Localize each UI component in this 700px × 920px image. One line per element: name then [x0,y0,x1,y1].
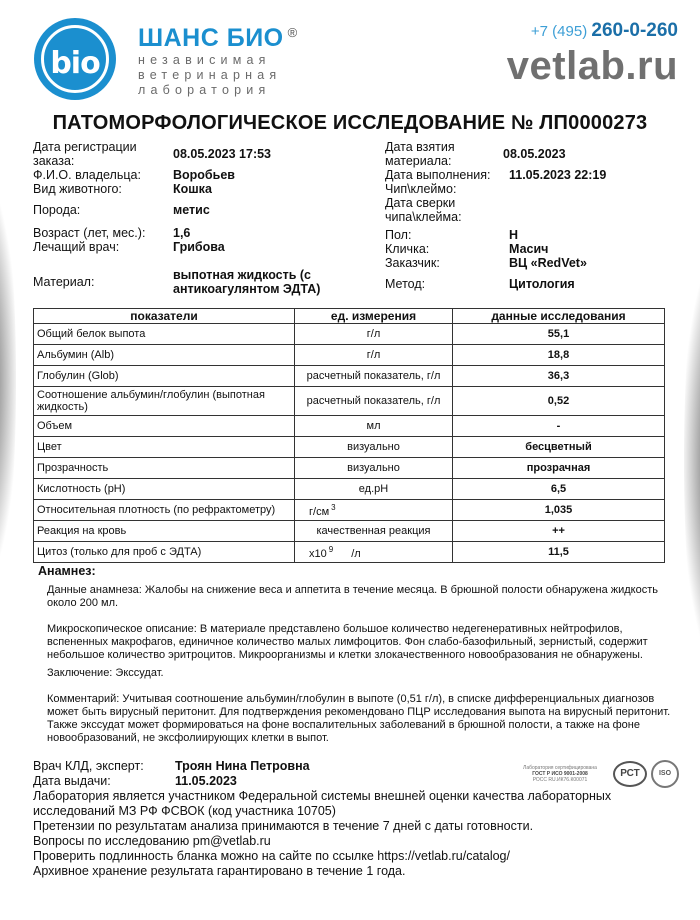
brand-tagline-3: лаборатория [138,83,298,98]
expert-row: Врач КЛД, эксперт:Троян Нина Петровна [33,759,653,774]
table-row: Объеммл- [34,416,665,437]
anamnesis-history: Данные анамнеза: Жалобы на снижение веса… [47,584,677,610]
brand-block: ШАНС БИО® независимая ветеринарная лабор… [138,24,298,98]
col-header-parameter: показатели [34,309,295,324]
col-header-result: данные исследования [453,309,665,324]
brand-tagline-1: независимая [138,53,298,68]
iso-mark-icon: ISO [651,760,679,788]
col-header-unit: ед. измерения [295,309,453,324]
info-doctor: Лечащий врач:Грибова [33,240,363,268]
conclusion: Заключение: Экссудат. [47,667,677,680]
contact-block: +7 (495) 260-0-260 vetlab.ru [507,20,678,88]
table-row: Кислотность (pH)ед.pH6,5 [34,479,665,500]
info-material: Материал:выпотная жидкость (с антикоагул… [33,268,363,296]
microscopy-description: Микроскопическое описание: В материале п… [47,623,677,662]
bio-logo-icon: bio [34,18,116,100]
info-chip-check-date: Дата сверки чипа\клейма: [385,196,685,228]
table-row: Альбумин (Alb)г/л18,8 [34,345,665,366]
page-curl-shadow-left [0,170,16,590]
phone-number[interactable]: +7 (495) 260-0-260 [507,20,678,42]
patient-info-right: Дата взятия материала:08.05.2023 Дата вы… [385,140,685,291]
comment: Комментарий: Учитывая соотношение альбум… [47,693,677,745]
table-row: Относительная плотность (по рефрактометр… [34,500,665,521]
table-row: Цветвизуальнобесцветный [34,437,665,458]
info-breed: Порода:метис [33,203,363,226]
report-title: ПАТОМОРФОЛОГИЧЕСКОЕ ИССЛЕДОВАНИЕ № ЛП000… [0,112,700,135]
results-table: показатели ед. измерения данные исследов… [33,308,665,563]
report-footer: Врач КЛД, эксперт:Троян Нина Петровна Да… [33,759,653,879]
info-customer: Заказчик:ВЦ «RedVet» [385,256,685,277]
info-owner: Ф.И.О. владельца:Воробьев [33,168,363,182]
info-sex: Пол:Н [385,228,685,242]
table-row: Прозрачностьвизуальнопрозрачная [34,458,665,479]
note-contact-email[interactable]: Вопросы по исследованию pm@vetlab.ru [33,834,653,849]
note-archive: Архивное хранение результата гарантирова… [33,864,653,879]
info-method: Метод:Цитология [385,277,685,291]
brand-name: ШАНС БИО® [138,24,298,53]
note-claims: Претензии по результатам анализа принима… [33,819,653,834]
note-verify-link[interactable]: Проверить подлинность бланка можно на са… [33,849,653,864]
brand-tagline-2: ветеринарная [138,68,298,83]
info-species: Вид животного:Кошка [33,182,363,203]
table-row: Реакция на кровькачественная реакция++ [34,521,665,542]
info-sampling-date: Дата взятия материала:08.05.2023 [385,140,685,168]
website-link[interactable]: vetlab.ru [507,44,678,88]
table-row: Глобулин (Glob)расчетный показатель, г/л… [34,366,665,387]
table-row: Общий белок выпотаг/л55,1 [34,324,665,345]
page-curl-shadow-right [684,250,700,670]
issue-date-row: Дата выдачи:11.05.2023 [33,774,653,789]
anamnesis-heading: Анамнез: [38,564,96,578]
info-age: Возраст (лет, мес.):1,6 [33,226,363,240]
info-chip: Чип\клеймо: [385,182,685,196]
table-row: Цитоз (только для проб с ЭДТА)x109/л11,5 [34,542,665,563]
patient-info-left: Дата регистрации заказа:08.05.2023 17:53… [33,140,363,296]
info-completion-date: Дата выполнения:11.05.2023 22:19 [385,168,685,182]
note-fsvok: Лаборатория является участником Федераль… [33,789,653,819]
table-header-row: показатели ед. измерения данные исследов… [34,309,665,324]
info-registration-date: Дата регистрации заказа:08.05.2023 17:53 [33,140,363,168]
table-row: Соотношение альбумин/глобулин (выпотная … [34,387,665,416]
lab-logo: bio ШАНС БИО® независимая ветеринарная л… [34,18,298,100]
info-pet-name: Кличка:Масич [385,242,685,256]
